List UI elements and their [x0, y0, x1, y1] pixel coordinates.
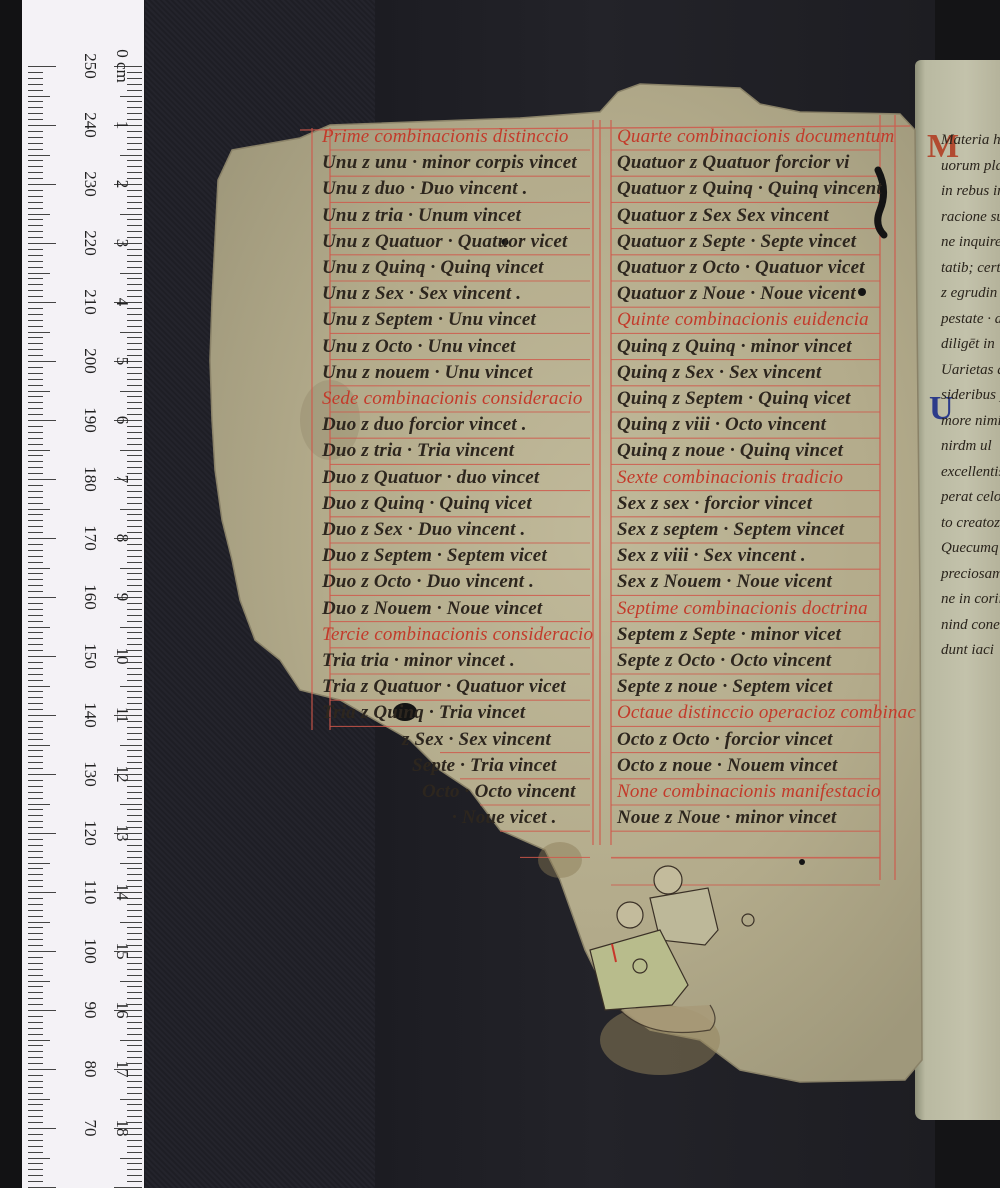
ruler-mm-label: 120 [81, 813, 99, 853]
ruler-tick [28, 762, 43, 763]
ruler-tick [120, 273, 142, 274]
facing-page-text-line: preciosam [941, 566, 1000, 583]
ruler-tick [127, 927, 142, 928]
ruler-cm-label: 18 [113, 1108, 131, 1148]
ruler-tick [120, 922, 142, 923]
ruler-tick [120, 1099, 142, 1100]
facing-page-text-line: nind cone [941, 617, 1000, 634]
ruler-mm-label: 90 [81, 990, 99, 1030]
ruler-tick [28, 367, 43, 368]
ruler-tick [28, 503, 43, 504]
ruler-tick [28, 1022, 43, 1023]
ruler-tick [28, 821, 43, 822]
ruler-tick [120, 509, 142, 510]
ruler-tick [28, 402, 43, 403]
ruler-tick [28, 432, 43, 433]
ruler-tick [28, 656, 56, 657]
ruler-cm-label: 5 [113, 341, 131, 381]
ruler-tick [28, 509, 50, 510]
ruler-mm-label: 160 [81, 577, 99, 617]
ruler-tick [28, 373, 43, 374]
ruler-tick [28, 455, 43, 456]
ruler-tick [127, 621, 142, 622]
facing-page-text-line: in rebus inf [941, 183, 1000, 200]
ruler-tick [28, 1099, 50, 1100]
ruler-tick [28, 255, 43, 256]
ruler-tick [28, 1040, 50, 1041]
ruler-tick [28, 485, 43, 486]
ruler-tick [127, 986, 142, 987]
ruler-mm-label: 220 [81, 223, 99, 263]
ruler-tick [127, 101, 142, 102]
ruler-tick [120, 155, 142, 156]
ruler-cm-label: 16 [113, 990, 131, 1030]
ruler-tick [28, 998, 43, 999]
ruler-tick [127, 691, 142, 692]
ruler-tick [28, 827, 43, 828]
ruler-tick [28, 591, 43, 592]
ruler-tick [28, 868, 43, 869]
ruler-tick [127, 1045, 142, 1046]
ruler-tick [28, 208, 43, 209]
ruler-tick [127, 267, 142, 268]
ruler-tick [28, 550, 43, 551]
ruler-tick [28, 721, 43, 722]
ruler-tick [28, 160, 43, 161]
ruler-tick [28, 910, 43, 911]
ruler-tick [127, 90, 142, 91]
ruler-tick [28, 113, 43, 114]
ruler-tick [28, 585, 43, 586]
ruler-tick [28, 756, 43, 757]
ruler-tick [28, 839, 43, 840]
ruler-tick [127, 149, 142, 150]
ruler-tick [28, 172, 43, 173]
ruler-mm-label: 80 [81, 1049, 99, 1089]
ruler-mm-label: 230 [81, 164, 99, 204]
ruler-tick [127, 868, 142, 869]
ruler-tick [28, 644, 43, 645]
facing-page-text-line: tatib; certe [941, 260, 1000, 277]
ruler-cm-label: 1 [113, 105, 131, 145]
ruler-tick [127, 385, 142, 386]
ruler-tick [28, 1152, 43, 1153]
facing-page-text-line: perat celo · [941, 489, 1000, 506]
ruler-mm-label: 110 [81, 872, 99, 912]
ruler-tick [28, 1181, 43, 1182]
ruler-tick [28, 662, 43, 663]
ruler-tick [127, 750, 142, 751]
ruler-tick [120, 391, 142, 392]
ruler-tick [28, 556, 43, 557]
ruler-tick [127, 514, 142, 515]
ruler-cm-label: 6 [113, 400, 131, 440]
ruler-tick [28, 491, 43, 492]
ruler-tick [28, 514, 43, 515]
ruler-tick [127, 739, 142, 740]
ruler-tick [127, 503, 142, 504]
ruler-tick [28, 857, 43, 858]
ruler-tick [28, 385, 43, 386]
ruler-tick [28, 202, 43, 203]
facing-page-text-line: Uarietas d [941, 362, 1000, 379]
ruler-tick [28, 1063, 43, 1064]
ruler-cm-label: 8 [113, 518, 131, 558]
ruler-tick [28, 774, 56, 775]
ruler-tick [28, 892, 56, 893]
ruler-tick [28, 143, 43, 144]
ruler-tick [28, 320, 43, 321]
cloth-background [145, 0, 375, 1188]
ruler-tick [28, 691, 43, 692]
ruler-tick [28, 302, 56, 303]
ruler-tick [120, 686, 142, 687]
measurement-ruler: 2502402302202102001901801701601501401301… [22, 0, 144, 1188]
ruler-cm-label: 2 [113, 164, 131, 204]
facing-page-text-line: uorum plan [941, 158, 1000, 175]
ruler-tick [28, 969, 43, 970]
ruler-tick [127, 1034, 142, 1035]
ruler-tick [28, 874, 43, 875]
ruler-tick [127, 680, 142, 681]
ruler-tick [120, 863, 142, 864]
ruler-tick [127, 1175, 142, 1176]
ruler-tick [28, 1116, 43, 1117]
ruler-tick [127, 1181, 142, 1182]
ruler-tick [28, 1051, 43, 1052]
ruler-tick [28, 249, 43, 250]
ruler-tick [28, 680, 43, 681]
ruler-tick [28, 125, 56, 126]
ruler-cm-label: 10 [113, 636, 131, 676]
ruler-tick [28, 166, 43, 167]
ruler-tick [28, 361, 56, 362]
ruler-tick [28, 1069, 56, 1070]
ruler-tick [127, 798, 142, 799]
ruler-tick [120, 568, 142, 569]
ruler-tick [28, 1093, 43, 1094]
ruler-mm-label: 170 [81, 518, 99, 558]
ruler-tick [28, 804, 50, 805]
ruler-tick [28, 1075, 43, 1076]
ruler-tick [120, 745, 142, 746]
ruler-tick [28, 326, 43, 327]
ruler-tick [28, 119, 43, 120]
ruler-tick [28, 798, 43, 799]
ruler-tick [28, 278, 43, 279]
ruler-tick [28, 66, 56, 67]
ruler-tick [127, 857, 142, 858]
ruler-tick [28, 945, 43, 946]
facing-page-text-line: nirdm ul [941, 438, 992, 455]
ruler-cm-label: 13 [113, 813, 131, 853]
ruler-tick [28, 101, 43, 102]
ruler-tick [28, 904, 43, 905]
ruler-tick [28, 621, 43, 622]
ruler-tick [28, 1104, 43, 1105]
facing-page-text-line: sideribus pne [941, 387, 1000, 404]
ruler-tick [28, 461, 43, 462]
ruler-tick [28, 261, 43, 262]
ruler-tick [28, 450, 50, 451]
ruler-tick [28, 214, 50, 215]
ruler-tick [28, 438, 43, 439]
ruler-tick [28, 414, 43, 415]
ruler-tick [28, 727, 43, 728]
ruler-tick [28, 1010, 56, 1011]
ruler-cm-label: 12 [113, 754, 131, 794]
ruler-tick [28, 750, 43, 751]
ruler-cm-label: 0 cm [113, 46, 131, 86]
ruler-tick [28, 1028, 43, 1029]
ruler-tick [28, 308, 43, 309]
ruler-tick [28, 84, 43, 85]
ruler-tick [28, 957, 43, 958]
facing-page-text-line: ne inquire [941, 234, 1000, 251]
facing-page-text-line: Materia hui [941, 132, 1000, 149]
ruler-tick [28, 579, 43, 580]
facing-page-text-line: more nimi [941, 413, 1000, 430]
ruler-mm-label: 140 [81, 695, 99, 735]
ruler-tick [28, 231, 43, 232]
ruler-tick [28, 343, 43, 344]
ruler-tick [28, 497, 43, 498]
ruler-tick [28, 927, 43, 928]
ruler-mm-label: 200 [81, 341, 99, 381]
ruler-tick [120, 1158, 142, 1159]
ruler-tick [28, 851, 43, 852]
ruler-tick [127, 326, 142, 327]
ruler-tick [28, 1087, 43, 1088]
ruler-tick [28, 833, 56, 834]
ruler-tick [28, 916, 43, 917]
ruler-tick [28, 131, 43, 132]
ruler-tick [28, 90, 43, 91]
ruler-cm-label: 9 [113, 577, 131, 617]
ruler-tick [28, 627, 50, 628]
ruler-cm-label: 11 [113, 695, 131, 735]
ruler-tick [120, 804, 142, 805]
ruler-cm-label: 17 [113, 1049, 131, 1089]
ruler-cm-label: 7 [113, 459, 131, 499]
ruler-tick [28, 933, 43, 934]
ruler-tick [28, 237, 43, 238]
facing-page-text-line: pestate · de [941, 311, 1000, 328]
ruler-tick [28, 349, 43, 350]
ruler-tick [127, 337, 142, 338]
ruler-tick [127, 208, 142, 209]
ruler-tick [28, 467, 43, 468]
ruler-tick [28, 1128, 56, 1129]
ruler-tick [28, 562, 43, 563]
ruler-tick [28, 922, 50, 923]
ruler-tick [28, 96, 50, 97]
ruler-tick [120, 214, 142, 215]
ruler-tick [28, 786, 43, 787]
facing-page-text-line: z egrudin [941, 285, 997, 302]
cloth-background-center [375, 0, 935, 1188]
ruler-tick [28, 1175, 43, 1176]
ruler-tick [28, 178, 43, 179]
ruler-tick [28, 809, 43, 810]
ruler-cm-label: 15 [113, 931, 131, 971]
ruler-tick [28, 1110, 43, 1111]
ruler-tick [127, 1104, 142, 1105]
ruler-tick [127, 632, 142, 633]
ruler-mm-label: 190 [81, 400, 99, 440]
ruler-tick [28, 243, 56, 244]
ruler-tick [28, 184, 56, 185]
ruler-tick [28, 981, 50, 982]
facing-page-text-line: ne in corii [941, 591, 1000, 608]
ruler-tick [28, 609, 43, 610]
ruler-tick [28, 78, 43, 79]
ruler-tick [28, 532, 43, 533]
ruler-tick [28, 615, 43, 616]
ruler-tick [28, 939, 43, 940]
ruler-tick [127, 1169, 142, 1170]
ruler-tick [28, 538, 56, 539]
ruler-tick [28, 479, 56, 480]
ruler-tick [28, 1163, 43, 1164]
ruler-tick [28, 573, 43, 574]
ruler-tick [28, 408, 43, 409]
ruler-tick [28, 880, 43, 881]
ruler-tick [28, 526, 43, 527]
ruler-tick [28, 975, 43, 976]
ruler-mm-label: 180 [81, 459, 99, 499]
ruler-tick [28, 963, 43, 964]
ruler-tick [28, 219, 43, 220]
ruler-tick [127, 1163, 142, 1164]
ruler-tick [28, 638, 43, 639]
ruler-tick [127, 278, 142, 279]
facing-page-text-line: excellentiss [941, 464, 1000, 481]
ruler-tick [28, 1081, 43, 1082]
ruler-tick [28, 780, 43, 781]
ruler-tick [127, 1152, 142, 1153]
ruler-tick [28, 149, 43, 150]
ruler-tick [28, 815, 43, 816]
ruler-tick [28, 332, 50, 333]
ruler-tick [28, 544, 43, 545]
ruler-tick [28, 72, 43, 73]
ruler-tick [28, 1122, 43, 1123]
ruler-mm-label: 100 [81, 931, 99, 971]
ruler-tick [28, 337, 43, 338]
ruler-tick [127, 396, 142, 397]
ruler-tick [28, 296, 43, 297]
ruler-tick [28, 674, 43, 675]
ruler-tick [28, 267, 43, 268]
ruler-mm-label: 250 [81, 46, 99, 86]
ruler-tick [28, 314, 43, 315]
ruler-tick [28, 420, 56, 421]
facing-page-text-line: dunt iaci [941, 642, 994, 659]
facing-page: M U Materia huiuorum planin rebus infrac… [915, 60, 1000, 1120]
ruler-tick [28, 792, 43, 793]
ruler-mm-label: 70 [81, 1108, 99, 1148]
ruler-tick [28, 697, 43, 698]
ruler-tick [28, 668, 43, 669]
ruler-mm-label: 130 [81, 754, 99, 794]
ruler-tick [28, 1016, 43, 1017]
ruler-tick [127, 975, 142, 976]
ruler-tick [28, 686, 50, 687]
ruler-mm-label: 210 [81, 282, 99, 322]
ruler-tick [28, 379, 43, 380]
ruler-tick [28, 273, 50, 274]
ruler-tick [28, 1004, 43, 1005]
ruler-mm-label: 240 [81, 105, 99, 145]
ruler-tick [28, 597, 56, 598]
ruler-tick [28, 603, 43, 604]
ruler-tick [28, 396, 43, 397]
ruler-tick [127, 562, 142, 563]
ruler-tick [28, 1057, 43, 1058]
ruler-tick [28, 733, 43, 734]
ruler-tick [28, 703, 43, 704]
facing-page-text-line: racione sub [941, 209, 1000, 226]
ruler-tick [127, 916, 142, 917]
ruler-tick [127, 160, 142, 161]
ruler-tick [28, 155, 50, 156]
ruler-tick [28, 709, 43, 710]
ruler-tick [28, 137, 43, 138]
ruler-tick [28, 1146, 43, 1147]
ruler-tick [28, 284, 43, 285]
ruler-tick [28, 650, 43, 651]
ruler-cm-label: 4 [113, 282, 131, 322]
facing-page-text-line: Quecumq [941, 540, 998, 557]
ruler-tick [28, 745, 50, 746]
ruler-tick [120, 332, 142, 333]
ruler-tick [28, 863, 50, 864]
dark-background-left [0, 0, 24, 1188]
facing-page-text-line: to creatoz [941, 515, 1000, 532]
ruler-tick [28, 768, 43, 769]
ruler-tick [28, 739, 43, 740]
ruler-tick [28, 845, 43, 846]
ruler-tick [28, 1169, 43, 1170]
ruler-tick [28, 391, 50, 392]
ruler-tick [28, 632, 43, 633]
ruler-tick [28, 1140, 43, 1141]
ruler-tick [120, 450, 142, 451]
ruler-cm-label: 3 [113, 223, 131, 263]
ruler-tick [28, 1134, 43, 1135]
ruler-tick [28, 190, 43, 191]
ruler-tick [28, 290, 43, 291]
ruler-tick [127, 809, 142, 810]
ruler-tick [28, 886, 43, 887]
ruler-tick [127, 1093, 142, 1094]
ruler-tick [120, 981, 142, 982]
ruler-tick [127, 444, 142, 445]
ruler-tick [28, 898, 43, 899]
ruler-tick [28, 1158, 50, 1159]
ruler-tick [28, 1045, 43, 1046]
ruler-tick [120, 96, 142, 97]
ruler-tick [127, 455, 142, 456]
ruler-tick [127, 573, 142, 574]
ruler-tick [28, 355, 43, 356]
ruler-tick [28, 986, 43, 987]
ruler-tick [28, 520, 43, 521]
ruler-tick [120, 1040, 142, 1041]
ruler-tick [28, 715, 56, 716]
facing-page-text-line: diligēt in [941, 336, 995, 353]
